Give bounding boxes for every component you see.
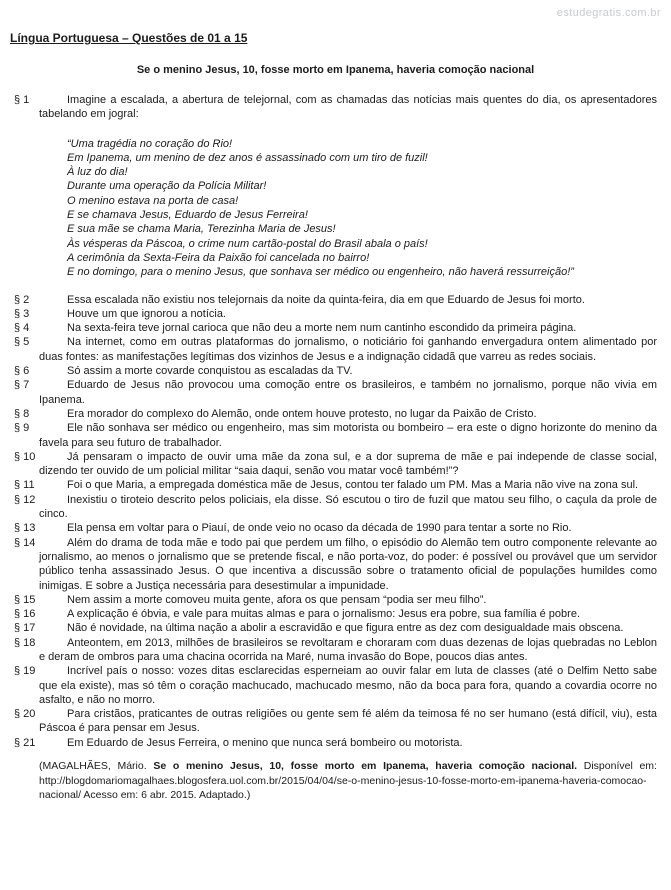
paragraph: § 7Eduardo de Jesus não provocou uma com… <box>14 378 657 407</box>
paragraph-text: Já pensaram o impacto de ouvir uma mãe d… <box>39 451 657 477</box>
paragraph-text: Eduardo de Jesus não provocou uma comoçã… <box>39 379 657 405</box>
citation-title: Se o menino Jesus, 10, fosse morto em Ip… <box>153 760 577 772</box>
quote-block: “Uma tragédia no coração do Rio!Em Ipane… <box>14 137 657 280</box>
paragraph-marker: § 16 <box>14 607 35 621</box>
paragraph-text: Essa escalada não existiu nos telejornai… <box>67 294 585 306</box>
text-body: § 1Imagine a escalada, a abertura de tel… <box>14 93 657 803</box>
paragraph-text: Na internet, como em outras plataformas … <box>39 336 657 362</box>
paragraph-text: Em Eduardo de Jesus Ferreira, o menino q… <box>67 737 463 749</box>
paragraph-text: Só assim a morte covarde conquistou as e… <box>67 365 353 377</box>
paragraph-marker: § 4 <box>14 321 29 335</box>
paragraph: § 1Imagine a escalada, a abertura de tel… <box>14 93 657 122</box>
paragraph-marker: § 21 <box>14 736 35 750</box>
paragraph: § 19Incrível país o nosso: vozes ditas e… <box>14 664 657 707</box>
paragraph: § 4Na sexta-feira teve jornal carioca qu… <box>14 321 657 335</box>
paragraph-marker: § 14 <box>14 536 35 550</box>
paragraph: § 16A explicação é óbvia, e vale para mu… <box>14 607 657 621</box>
paragraph: § 21Em Eduardo de Jesus Ferreira, o meni… <box>14 736 657 750</box>
paragraph-marker: § 18 <box>14 636 35 650</box>
paragraph-marker: § 12 <box>14 493 35 507</box>
paragraph: § 5Na internet, como em outras plataform… <box>14 335 657 364</box>
text-title: Se o menino Jesus, 10, fosse morto em Ip… <box>14 63 657 78</box>
paragraph-text: A explicação é óbvia, e vale para muitas… <box>67 608 580 620</box>
quote-line: À luz do dia! <box>39 165 657 179</box>
paragraph-marker: § 9 <box>14 421 29 435</box>
paragraph: § 13Ela pensa em voltar para o Piauí, de… <box>14 521 657 535</box>
paragraph-text: Era morador do complexo do Alemão, onde … <box>67 408 537 420</box>
paragraph-marker: § 17 <box>14 621 35 635</box>
paragraph: § 10Já pensaram o impacto de ouvir uma m… <box>14 450 657 479</box>
paragraph-marker: § 15 <box>14 593 35 607</box>
quote-line: A cerimônia da Sexta-Feira da Paixão foi… <box>39 251 657 265</box>
quote-line: E se chamava Jesus, Eduardo de Jesus Fer… <box>39 208 657 222</box>
paragraph-text: Na sexta-feira teve jornal carioca que n… <box>67 322 576 334</box>
paragraph-text: Além do drama de toda mãe e todo pai que… <box>39 537 657 592</box>
paragraph-marker: § 2 <box>14 293 29 307</box>
paragraph-marker: § 6 <box>14 364 29 378</box>
paragraph: § 18Anteontem, em 2013, milhões de brasi… <box>14 636 657 665</box>
paragraph: § 15Nem assim a morte comoveu muita gent… <box>14 593 657 607</box>
paragraph-text: Para cristãos, praticantes de outras rel… <box>39 708 657 734</box>
paragraph-marker: § 1 <box>14 93 29 107</box>
paragraph-text: Anteontem, em 2013, milhões de brasileir… <box>39 637 657 663</box>
paragraph: § 20Para cristãos, praticantes de outras… <box>14 707 657 736</box>
section-heading: Língua Portuguesa – Questões de 01 a 15 <box>10 31 657 46</box>
paragraph: § 11Foi o que Maria, a empregada domésti… <box>14 478 657 492</box>
paragraph-text: Ela pensa em voltar para o Piauí, de ond… <box>67 522 572 534</box>
paragraph-list: § 2Essa escalada não existiu nos telejor… <box>14 293 657 751</box>
paragraph-text: Foi o que Maria, a empregada doméstica m… <box>67 479 638 491</box>
paragraph-marker: § 13 <box>14 521 35 535</box>
paragraph: § 14Além do drama de toda mãe e todo pai… <box>14 536 657 593</box>
paragraph-text: Nem assim a morte comoveu muita gente, a… <box>67 594 486 606</box>
paragraph-marker: § 19 <box>14 664 35 678</box>
paragraph-text: Ele não sonhava ser médico ou engenheiro… <box>39 422 657 448</box>
quote-line: E no domingo, para o menino Jesus, que s… <box>39 265 657 279</box>
paragraph-marker: § 3 <box>14 307 29 321</box>
paragraph-marker: § 5 <box>14 335 29 349</box>
citation-prefix: (MAGALHÃES, Mário. <box>39 760 153 772</box>
paragraph-marker: § 20 <box>14 707 35 721</box>
paragraph: § 6Só assim a morte covarde conquistou a… <box>14 364 657 378</box>
paragraph-text: Imagine a escalada, a abertura de telejo… <box>39 94 657 120</box>
quote-line: Em Ipanema, um menino de dez anos é assa… <box>39 151 657 165</box>
paragraph-marker: § 8 <box>14 407 29 421</box>
paragraph-text: Incrível país o nosso: vozes ditas escla… <box>39 665 657 706</box>
quote-line: O menino estava na porta de casa! <box>39 194 657 208</box>
quote-line: Às vésperas da Páscoa, o crime num cartã… <box>39 237 657 251</box>
paragraph-marker: § 11 <box>14 478 35 492</box>
paragraph-marker: § 7 <box>14 378 29 392</box>
watermark: estudegratis.com.br <box>557 6 661 20</box>
paragraph: § 17Não é novidade, na última nação a ab… <box>14 621 657 635</box>
quote-line: E sua mãe se chama Maria, Terezinha Mari… <box>39 222 657 236</box>
paragraph: § 12Inexistiu o tiroteio descrito pelos … <box>14 493 657 522</box>
paragraph: § 3Houve um que ignorou a notícia. <box>14 307 657 321</box>
citation: (MAGALHÃES, Mário. Se o menino Jesus, 10… <box>14 759 657 803</box>
quote-line: Durante uma operação da Polícia Militar! <box>39 179 657 193</box>
paragraph-text: Houve um que ignorou a notícia. <box>67 308 226 320</box>
paragraph: § 2Essa escalada não existiu nos telejor… <box>14 293 657 307</box>
paragraph-text: Não é novidade, na última nação a abolir… <box>67 622 623 634</box>
document-page: estudegratis.com.br Língua Portuguesa – … <box>0 0 671 890</box>
paragraph-marker: § 10 <box>14 450 35 464</box>
paragraph: § 9Ele não sonhava ser médico ou engenhe… <box>14 421 657 450</box>
quote-line: “Uma tragédia no coração do Rio! <box>39 137 657 151</box>
paragraph: § 8Era morador do complexo do Alemão, on… <box>14 407 657 421</box>
paragraph-text: Inexistiu o tiroteio descrito pelos poli… <box>39 494 657 520</box>
